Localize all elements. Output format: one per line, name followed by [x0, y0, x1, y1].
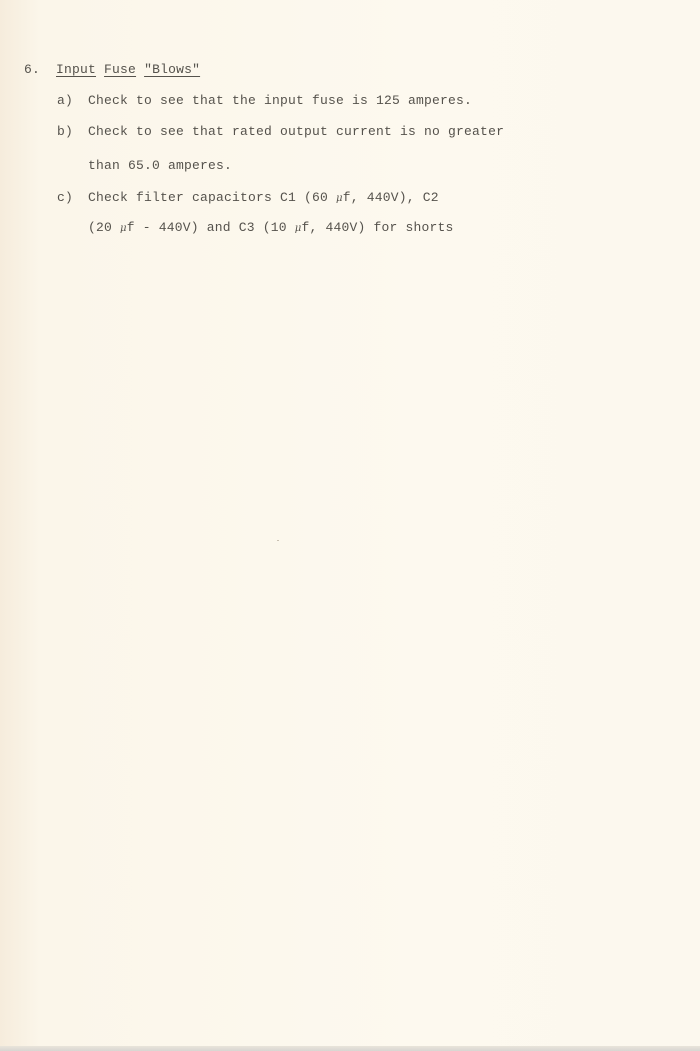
text-segment: Check filter capacitors C1 (60	[88, 190, 336, 205]
mu-symbol: μ	[336, 193, 343, 204]
text-segment: f - 440V) and C3 (10	[127, 220, 295, 235]
item-b-text-line2: than 65.0 amperes.	[88, 158, 232, 173]
text-segment: (20	[88, 220, 120, 235]
item-a-label: a)	[57, 93, 73, 108]
section-title: Input Fuse "Blows"	[56, 62, 200, 77]
item-c-text-line1: Check filter capacitors C1 (60 μf, 440V)…	[88, 190, 439, 205]
item-b-label: b)	[57, 124, 73, 139]
item-b-text-line1: Check to see that rated output current i…	[88, 124, 504, 139]
item-a-text: Check to see that the input fuse is 125 …	[88, 93, 472, 108]
section-number: 6.	[24, 62, 40, 77]
text-segment: f, 440V), C2	[343, 190, 439, 205]
item-c-text-line2: (20 μf - 440V) and C3 (10 μf, 440V) for …	[88, 220, 453, 235]
title-word-blows: "Blows"	[144, 62, 200, 77]
document-page: 6. Input Fuse "Blows" a) Check to see th…	[0, 0, 700, 1051]
text-segment: f, 440V) for shorts	[301, 220, 453, 235]
title-word-fuse: Fuse	[104, 62, 136, 77]
page-bottom-edge	[0, 1046, 700, 1051]
item-c-label: c)	[57, 190, 73, 205]
paper-speck	[277, 540, 279, 541]
mu-symbol: μ	[120, 223, 127, 234]
title-word-input: Input	[56, 62, 96, 77]
